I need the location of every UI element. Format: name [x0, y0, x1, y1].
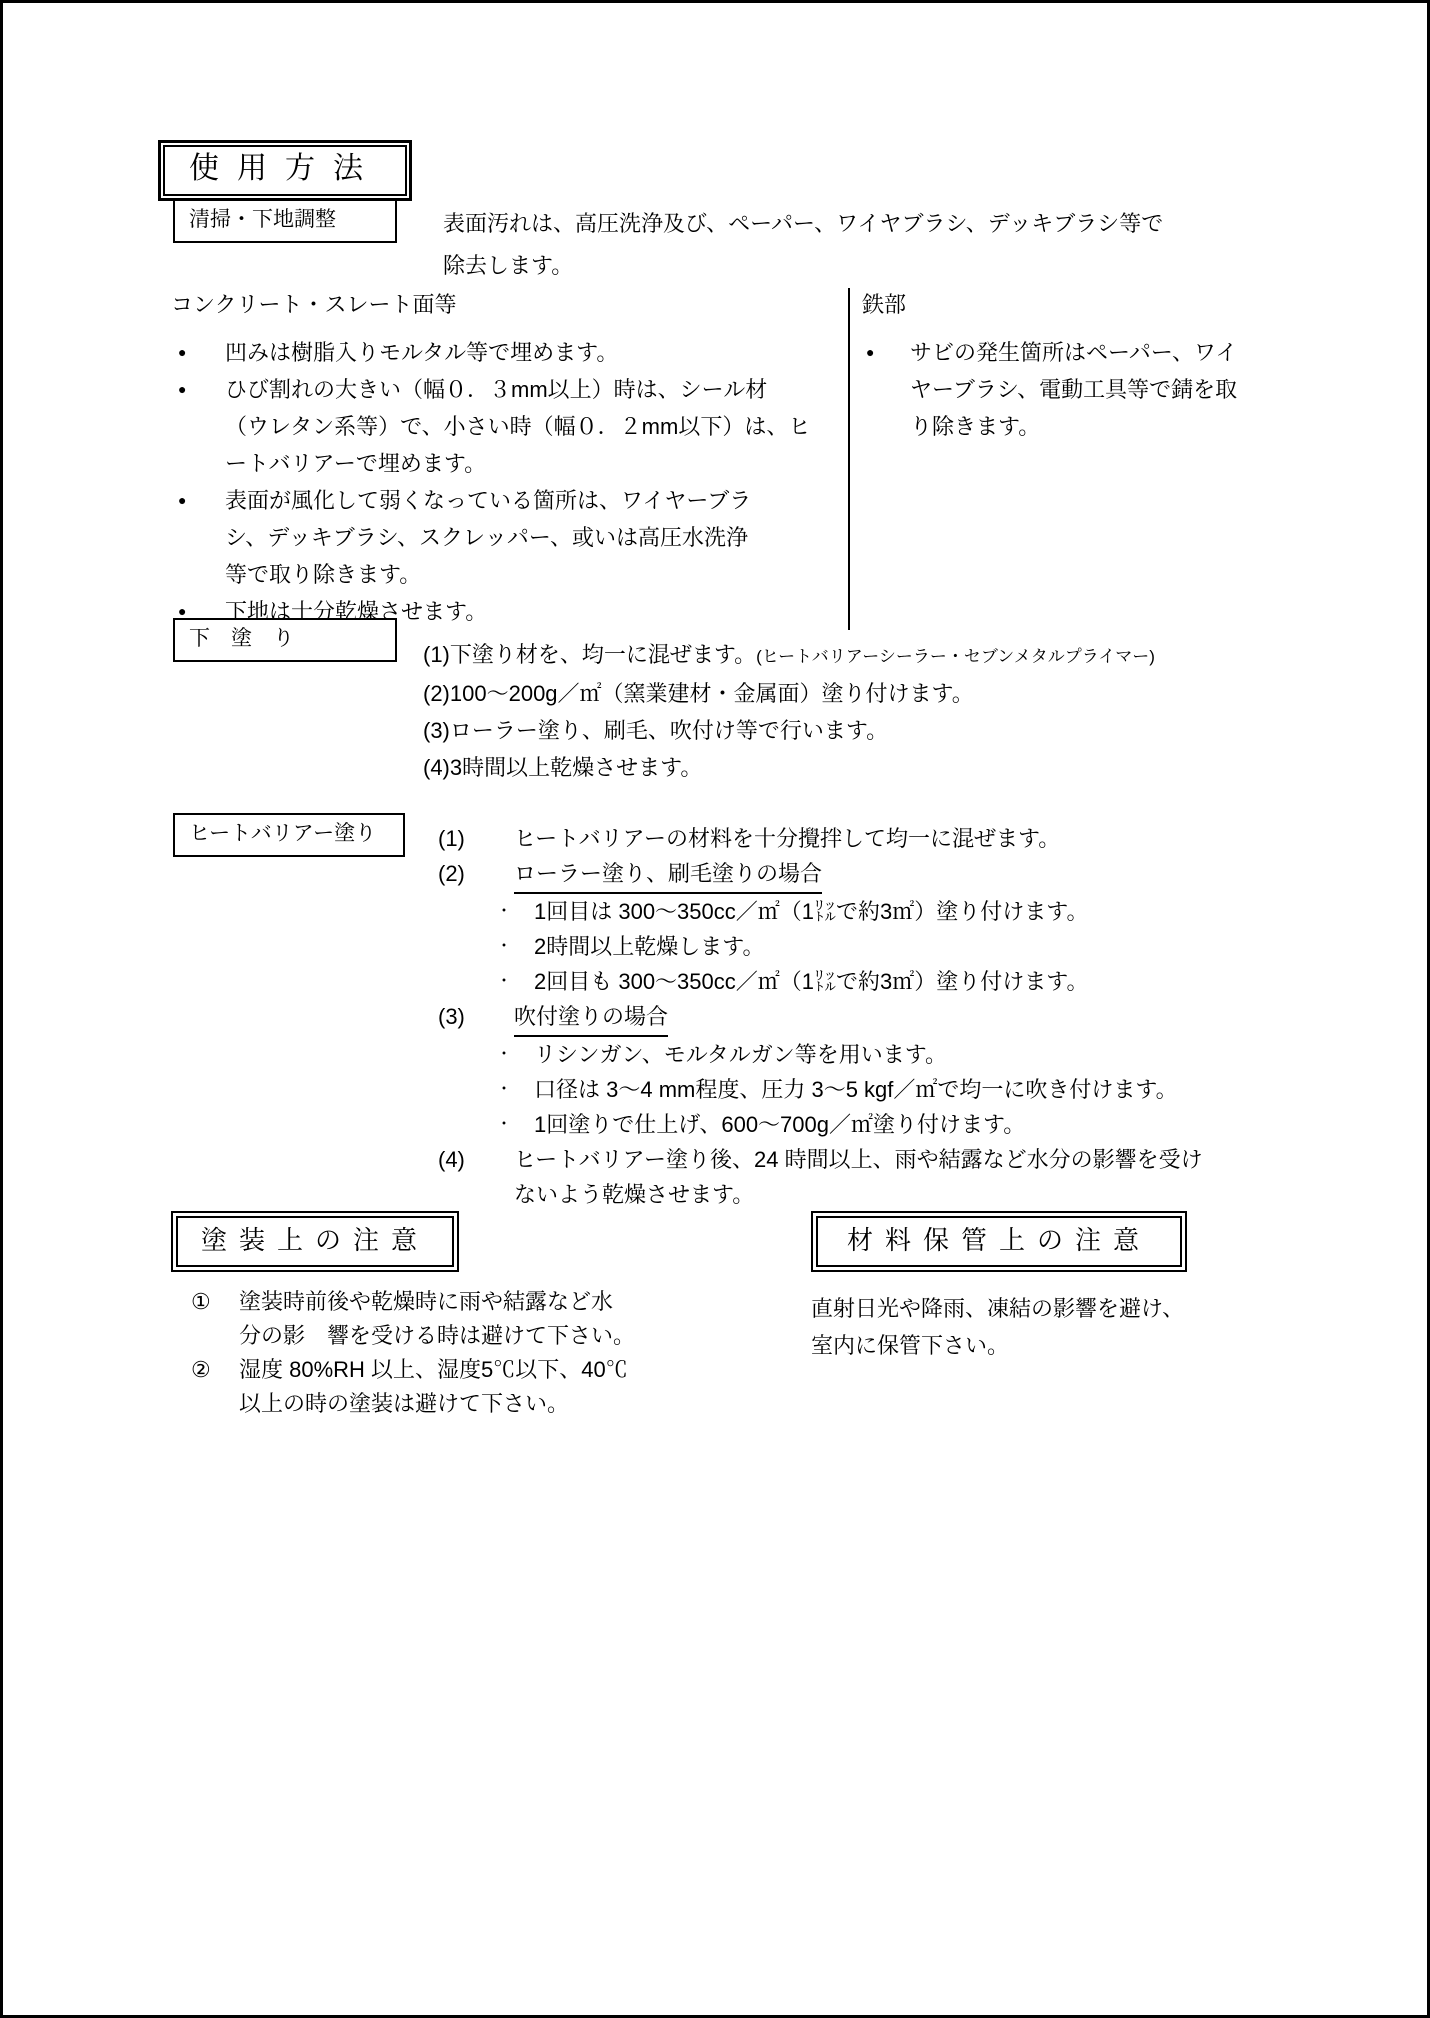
heatbarrier-substep: ・ 2回目も 300～350cc／㎡（1㍑で約3㎡）塗り付けます。	[438, 964, 1203, 999]
step-heading-underlined: ローラー塗り、刷毛塗りの場合	[514, 856, 822, 894]
item-number: ①	[191, 1285, 239, 1353]
heatbarrier-substep: ・ 1回目は 300～350cc／㎡（1㍑で約3㎡）塗り付けます。	[438, 894, 1203, 929]
heatbarrier-step: (1) ヒートバリアーの材料を十分攪拌して均一に混ぜます。	[438, 821, 1203, 856]
bullet-icon: ●	[862, 334, 910, 445]
concrete-column: コンクリート・スレート面等 ● 凹みは樹脂入りモルタル等で埋めます。 ● ひび割…	[171, 288, 848, 630]
iron-heading: 鉄部	[862, 288, 1266, 322]
cleaning-intro-text: 表面汚れは、高圧洗浄及び、ペーパー、ワイヤブラシ、デッキブラシ等で 除去します。	[443, 203, 1163, 287]
iron-bullet-item: ● サビの発生箇所はペーパー、ワイ ヤーブラシ、電動工具等で錆を取 り除きます。	[862, 334, 1266, 445]
bullet-text: 凹みは樹脂入りモルタル等で埋めます。	[225, 334, 618, 371]
paint-precautions-title: 塗装上の注意	[176, 1216, 454, 1267]
item-text: 塗装時前後や乾燥時に雨や結露など水 分の影 響を受ける時は避けて下さい。	[239, 1285, 635, 1353]
bullet-icon: ●	[171, 334, 225, 371]
heatbarrier-substep: ・ 2時間以上乾燥します。	[438, 929, 1203, 964]
surface-prep-columns: コンクリート・スレート面等 ● 凹みは樹脂入りモルタル等で埋めます。 ● ひび割…	[171, 288, 1281, 630]
iron-column: 鉄部 ● サビの発生箇所はペーパー、ワイ ヤーブラシ、電動工具等で錆を取 り除き…	[848, 288, 1266, 630]
bullet-icon: ●	[171, 482, 225, 593]
storage-precautions-title: 材料保管上の注意	[816, 1216, 1182, 1267]
concrete-heading: コンクリート・スレート面等	[171, 288, 848, 322]
step-note: (ヒートバリアーシーラー・セブンメタルプライマー)	[756, 647, 1155, 666]
undercoat-steps: (1)下塗り材を、均一に混ぜます。(ヒートバリアーシーラー・セブンメタルプライマ…	[423, 636, 1155, 786]
undercoat-step: (4)3時間以上乾燥させます。	[423, 749, 1155, 786]
paint-precaution-item: ① 塗装時前後や乾燥時に雨や結露など水 分の影 響を受ける時は避けて下さい。	[191, 1285, 635, 1353]
step-text: (3)ローラー塗り、刷毛、吹付け等で行います。	[423, 718, 888, 743]
document-page: 使用方法 清掃・下地調整 表面汚れは、高圧洗浄及び、ペーパー、ワイヤブラシ、デッ…	[0, 0, 1430, 2018]
step-number: (1)	[438, 821, 514, 856]
page-title: 使用方法	[163, 145, 407, 196]
undercoat-step: (2)100～200g／㎡（窯業建材・金属面）塗り付けます。	[423, 675, 1155, 712]
substep-text: 1回目は 300～350cc／㎡（1㍑で約3㎡）塗り付けます。	[534, 894, 1088, 929]
bullet-text: 表面が風化して弱くなっている箇所は、ワイヤーブラ シ、デッキブラシ、スクレッパー…	[225, 482, 751, 593]
step-text: (2)100～200g／㎡（窯業建材・金属面）塗り付けます。	[423, 681, 974, 706]
heatbarrier-step: (2) ローラー塗り、刷毛塗りの場合	[438, 856, 1203, 894]
item-text: 湿度 80%RH 以上、湿度5℃以下、40℃ 以上の時の塗装は避けて下さい。	[239, 1353, 628, 1421]
storage-precautions-text: 直射日光や降雨、凍結の影響を避け、 室内に保管下さい。	[811, 1290, 1184, 1364]
substep-text: リシンガン、モルタルガン等を用います。	[534, 1037, 947, 1072]
step-text: (4)3時間以上乾燥させます。	[423, 755, 702, 780]
undercoat-step: (3)ローラー塗り、刷毛、吹付け等で行います。	[423, 712, 1155, 749]
heatbarrier-steps: (1) ヒートバリアーの材料を十分攪拌して均一に混ぜます。 (2) ローラー塗り…	[438, 821, 1203, 1212]
storage-precautions-box: 材料保管上の注意	[811, 1211, 1187, 1272]
substep-text: 1回塗りで仕上げ、600～700g／㎡塗り付けます。	[534, 1107, 1025, 1142]
step-text: (1)下塗り材を、均一に混ぜます。	[423, 642, 756, 667]
paint-precaution-list: ① 塗装時前後や乾燥時に雨や結露など水 分の影 響を受ける時は避けて下さい。 ②…	[191, 1285, 635, 1421]
substep-text: 2時間以上乾燥します。	[534, 929, 764, 964]
heatbarrier-substep: ・ 1回塗りで仕上げ、600～700g／㎡塗り付けます。	[438, 1107, 1203, 1142]
substep-text: 口径は 3～4 mm程度、圧力 3～5 kgf／㎡で均一に吹き付けます。	[534, 1072, 1178, 1107]
heatbarrier-step: (4) ヒートバリアー塗り後、24 時間以上、雨や結露など水分の影響を受け ない…	[438, 1142, 1203, 1212]
concrete-bullet-item: ● 表面が風化して弱くなっている箇所は、ワイヤーブラ シ、デッキブラシ、スクレッ…	[171, 482, 848, 593]
bullet-text: サビの発生箇所はペーパー、ワイ ヤーブラシ、電動工具等で錆を取 り除きます。	[910, 334, 1237, 445]
cleaning-section-label: 清掃・下地調整	[173, 199, 397, 243]
substep-text: 2回目も 300～350cc／㎡（1㍑で約3㎡）塗り付けます。	[534, 964, 1088, 999]
sub-bullet-icon: ・	[496, 964, 534, 999]
sub-bullet-icon: ・	[496, 1107, 534, 1142]
concrete-bullet-item: ● 凹みは樹脂入りモルタル等で埋めます。	[171, 334, 848, 371]
sub-bullet-icon: ・	[496, 894, 534, 929]
step-heading-underlined: 吹付塗りの場合	[514, 999, 668, 1037]
heatbarrier-substep: ・ リシンガン、モルタルガン等を用います。	[438, 1037, 1203, 1072]
step-text: ヒートバリアーの材料を十分攪拌して均一に混ぜます。	[514, 821, 1060, 856]
paint-precautions-box: 塗装上の注意	[171, 1211, 459, 1272]
step-number: (4)	[438, 1142, 514, 1212]
concrete-bullet-item: ● ひび割れの大きい（幅０．３mm以上）時は、シール材 （ウレタン系等）で、小さ…	[171, 371, 848, 482]
heatbarrier-step: (3) 吹付塗りの場合	[438, 999, 1203, 1037]
step-number: (3)	[438, 999, 514, 1037]
title-box: 使用方法	[158, 140, 412, 201]
item-number: ②	[191, 1353, 239, 1421]
sub-bullet-icon: ・	[496, 1037, 534, 1072]
sub-bullet-icon: ・	[496, 1072, 534, 1107]
step-number: (2)	[438, 856, 514, 894]
bullet-text: ひび割れの大きい（幅０．３mm以上）時は、シール材 （ウレタン系等）で、小さい時…	[225, 371, 810, 482]
undercoat-section-label: 下 塗 り	[173, 618, 397, 662]
paint-precaution-item: ② 湿度 80%RH 以上、湿度5℃以下、40℃ 以上の時の塗装は避けて下さい。	[191, 1353, 635, 1421]
step-text: ヒートバリアー塗り後、24 時間以上、雨や結露など水分の影響を受け ないよう乾燥…	[514, 1142, 1203, 1212]
bullet-icon: ●	[171, 371, 225, 482]
sub-bullet-icon: ・	[496, 929, 534, 964]
undercoat-step: (1)下塗り材を、均一に混ぜます。(ヒートバリアーシーラー・セブンメタルプライマ…	[423, 636, 1155, 675]
heatbarrier-section-label: ヒートバリアー塗り	[173, 813, 405, 857]
heatbarrier-substep: ・ 口径は 3～4 mm程度、圧力 3～5 kgf／㎡で均一に吹き付けます。	[438, 1072, 1203, 1107]
